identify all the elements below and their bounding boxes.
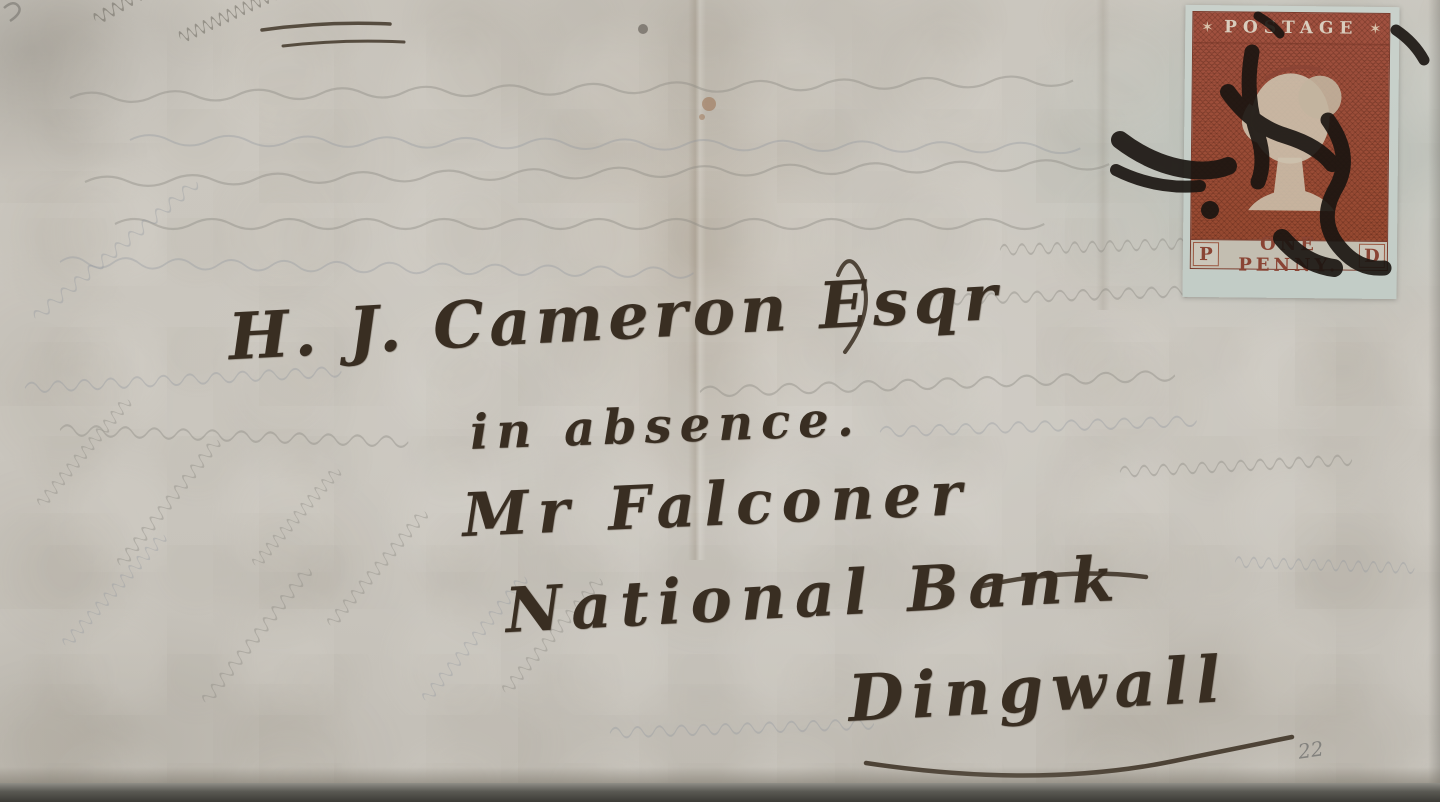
check-letter-right: D [1359,244,1385,268]
check-letter-left: P [1193,242,1219,266]
queen-victoria-profile-icon [1191,43,1389,243]
stamp-printed-design: ✶ POSTAGE ✶ P ONE PENNY. D [1190,11,1391,271]
stamp-bottom-band: P ONE PENNY. D [1191,239,1387,270]
paper-bottom-shadow [0,767,1440,783]
postage-stamp: ✶ POSTAGE ✶ P ONE PENNY. D [1182,5,1399,299]
scan-background-edge [0,783,1440,802]
vertical-fold-crease [1096,0,1110,310]
stamp-top-band: ✶ POSTAGE ✶ [1193,12,1389,45]
stamp-vignette [1191,43,1389,241]
pencil-number: 22 [1296,736,1325,763]
corner-ornament-icon: ✶ [1193,13,1221,41]
postage-label: POSTAGE [1221,17,1361,38]
corner-ornament-icon: ✶ [1361,15,1389,43]
letter-cover-scan: H. J. Cameron Esqr in absence. Mr Falcon… [0,0,1440,802]
paper-right-edge-shading [1428,0,1440,802]
